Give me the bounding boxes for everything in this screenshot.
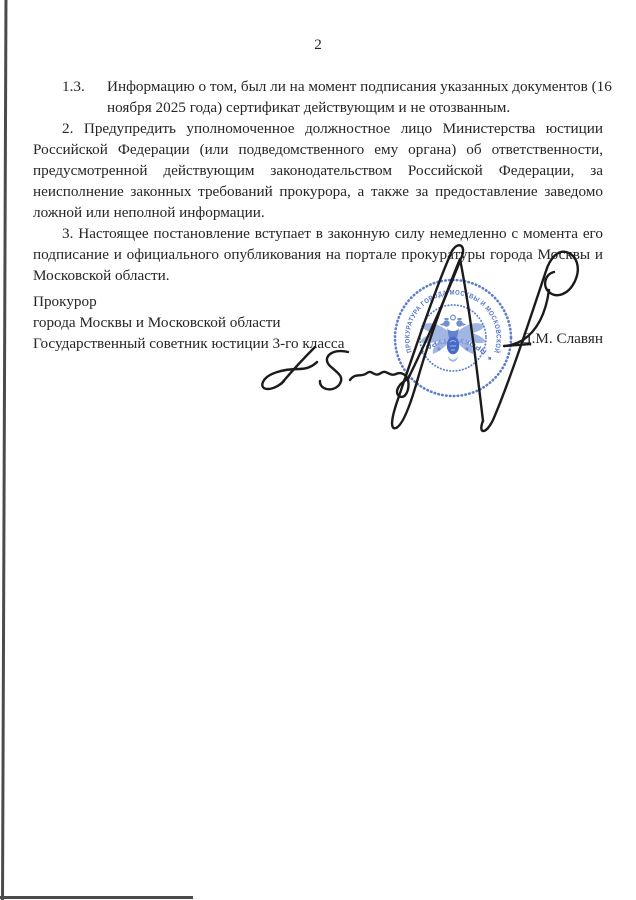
text-line: Российской Федерации (или подведомственн… bbox=[33, 139, 603, 160]
signature-stroke-tall-hairpin-right bbox=[481, 252, 577, 431]
handwritten-signature bbox=[225, 235, 620, 440]
text-line: 2. Предупредить уполномоченное должностн… bbox=[33, 118, 603, 139]
paragraph-1-3: 1.3. Информацию о том, был ли на момент … bbox=[107, 76, 603, 118]
list-label-1-3: 1.3. bbox=[62, 76, 85, 97]
scan-edge-bottom bbox=[0, 896, 193, 899]
text-line: Информацию о том, был ли на момент подпи… bbox=[107, 76, 603, 97]
page-number: 2 bbox=[33, 34, 603, 55]
signature-stroke-crossing bbox=[460, 259, 483, 421]
text-line: неисполнение законных требований прокуро… bbox=[33, 181, 603, 202]
text-line: ложной или неполной информации. bbox=[33, 202, 603, 223]
text-line: ноября 2025 года) сертификат действующим… bbox=[107, 97, 603, 118]
paragraph-2: 2. Предупредить уполномоченное должностн… bbox=[33, 118, 603, 223]
scan-edge-left bbox=[1, 0, 7, 900]
text-line: предусмотренной действующим законодатель… bbox=[33, 160, 603, 181]
signature-stroke-s bbox=[320, 351, 348, 389]
signature-stroke-d-slash bbox=[281, 347, 315, 384]
signature-stroke-tail-and-dash bbox=[504, 290, 549, 346]
document-page: 2 1.3. Информацию о том, был ли на момен… bbox=[0, 0, 636, 900]
